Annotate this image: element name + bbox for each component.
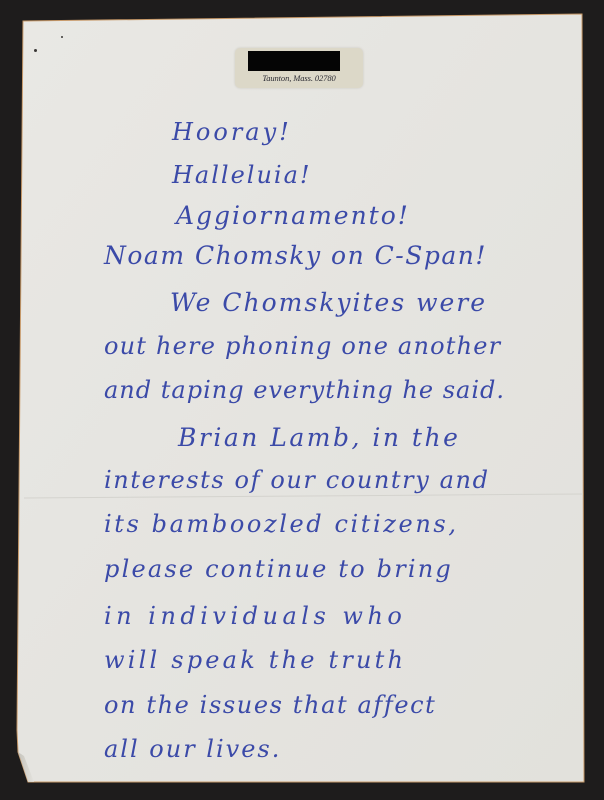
scan-background: Taunton, Mass. 02780 Hooray! Halleluia! … <box>0 0 604 800</box>
letter-line: We Chomskyites were <box>170 290 487 315</box>
letter-line: Aggiornamento! <box>176 203 410 228</box>
letter-line: Hooray! <box>172 120 292 144</box>
letter-line: and taping everything he said. <box>104 378 505 402</box>
letter-line: its bamboozled citizens, <box>104 512 459 536</box>
letter-line: please continue to bring <box>104 557 453 581</box>
letter-line: will speak the truth <box>104 648 406 672</box>
letter-line: Noam Chomsky on C-Span! <box>104 243 487 268</box>
letter-line: on the issues that affect <box>104 693 436 717</box>
handwritten-body: Hooray! Halleluia! Aggiornamento! Noam C… <box>0 0 604 800</box>
letter-line: Brian Lamb, in the <box>178 425 460 450</box>
letter-line: all our lives. <box>104 737 281 761</box>
letter-line: Halleluia! <box>172 163 312 187</box>
letter-line: out here phoning one another <box>104 334 501 358</box>
letter-line: in individuals who <box>104 604 406 628</box>
letter-line: interests of our country and <box>104 468 490 492</box>
